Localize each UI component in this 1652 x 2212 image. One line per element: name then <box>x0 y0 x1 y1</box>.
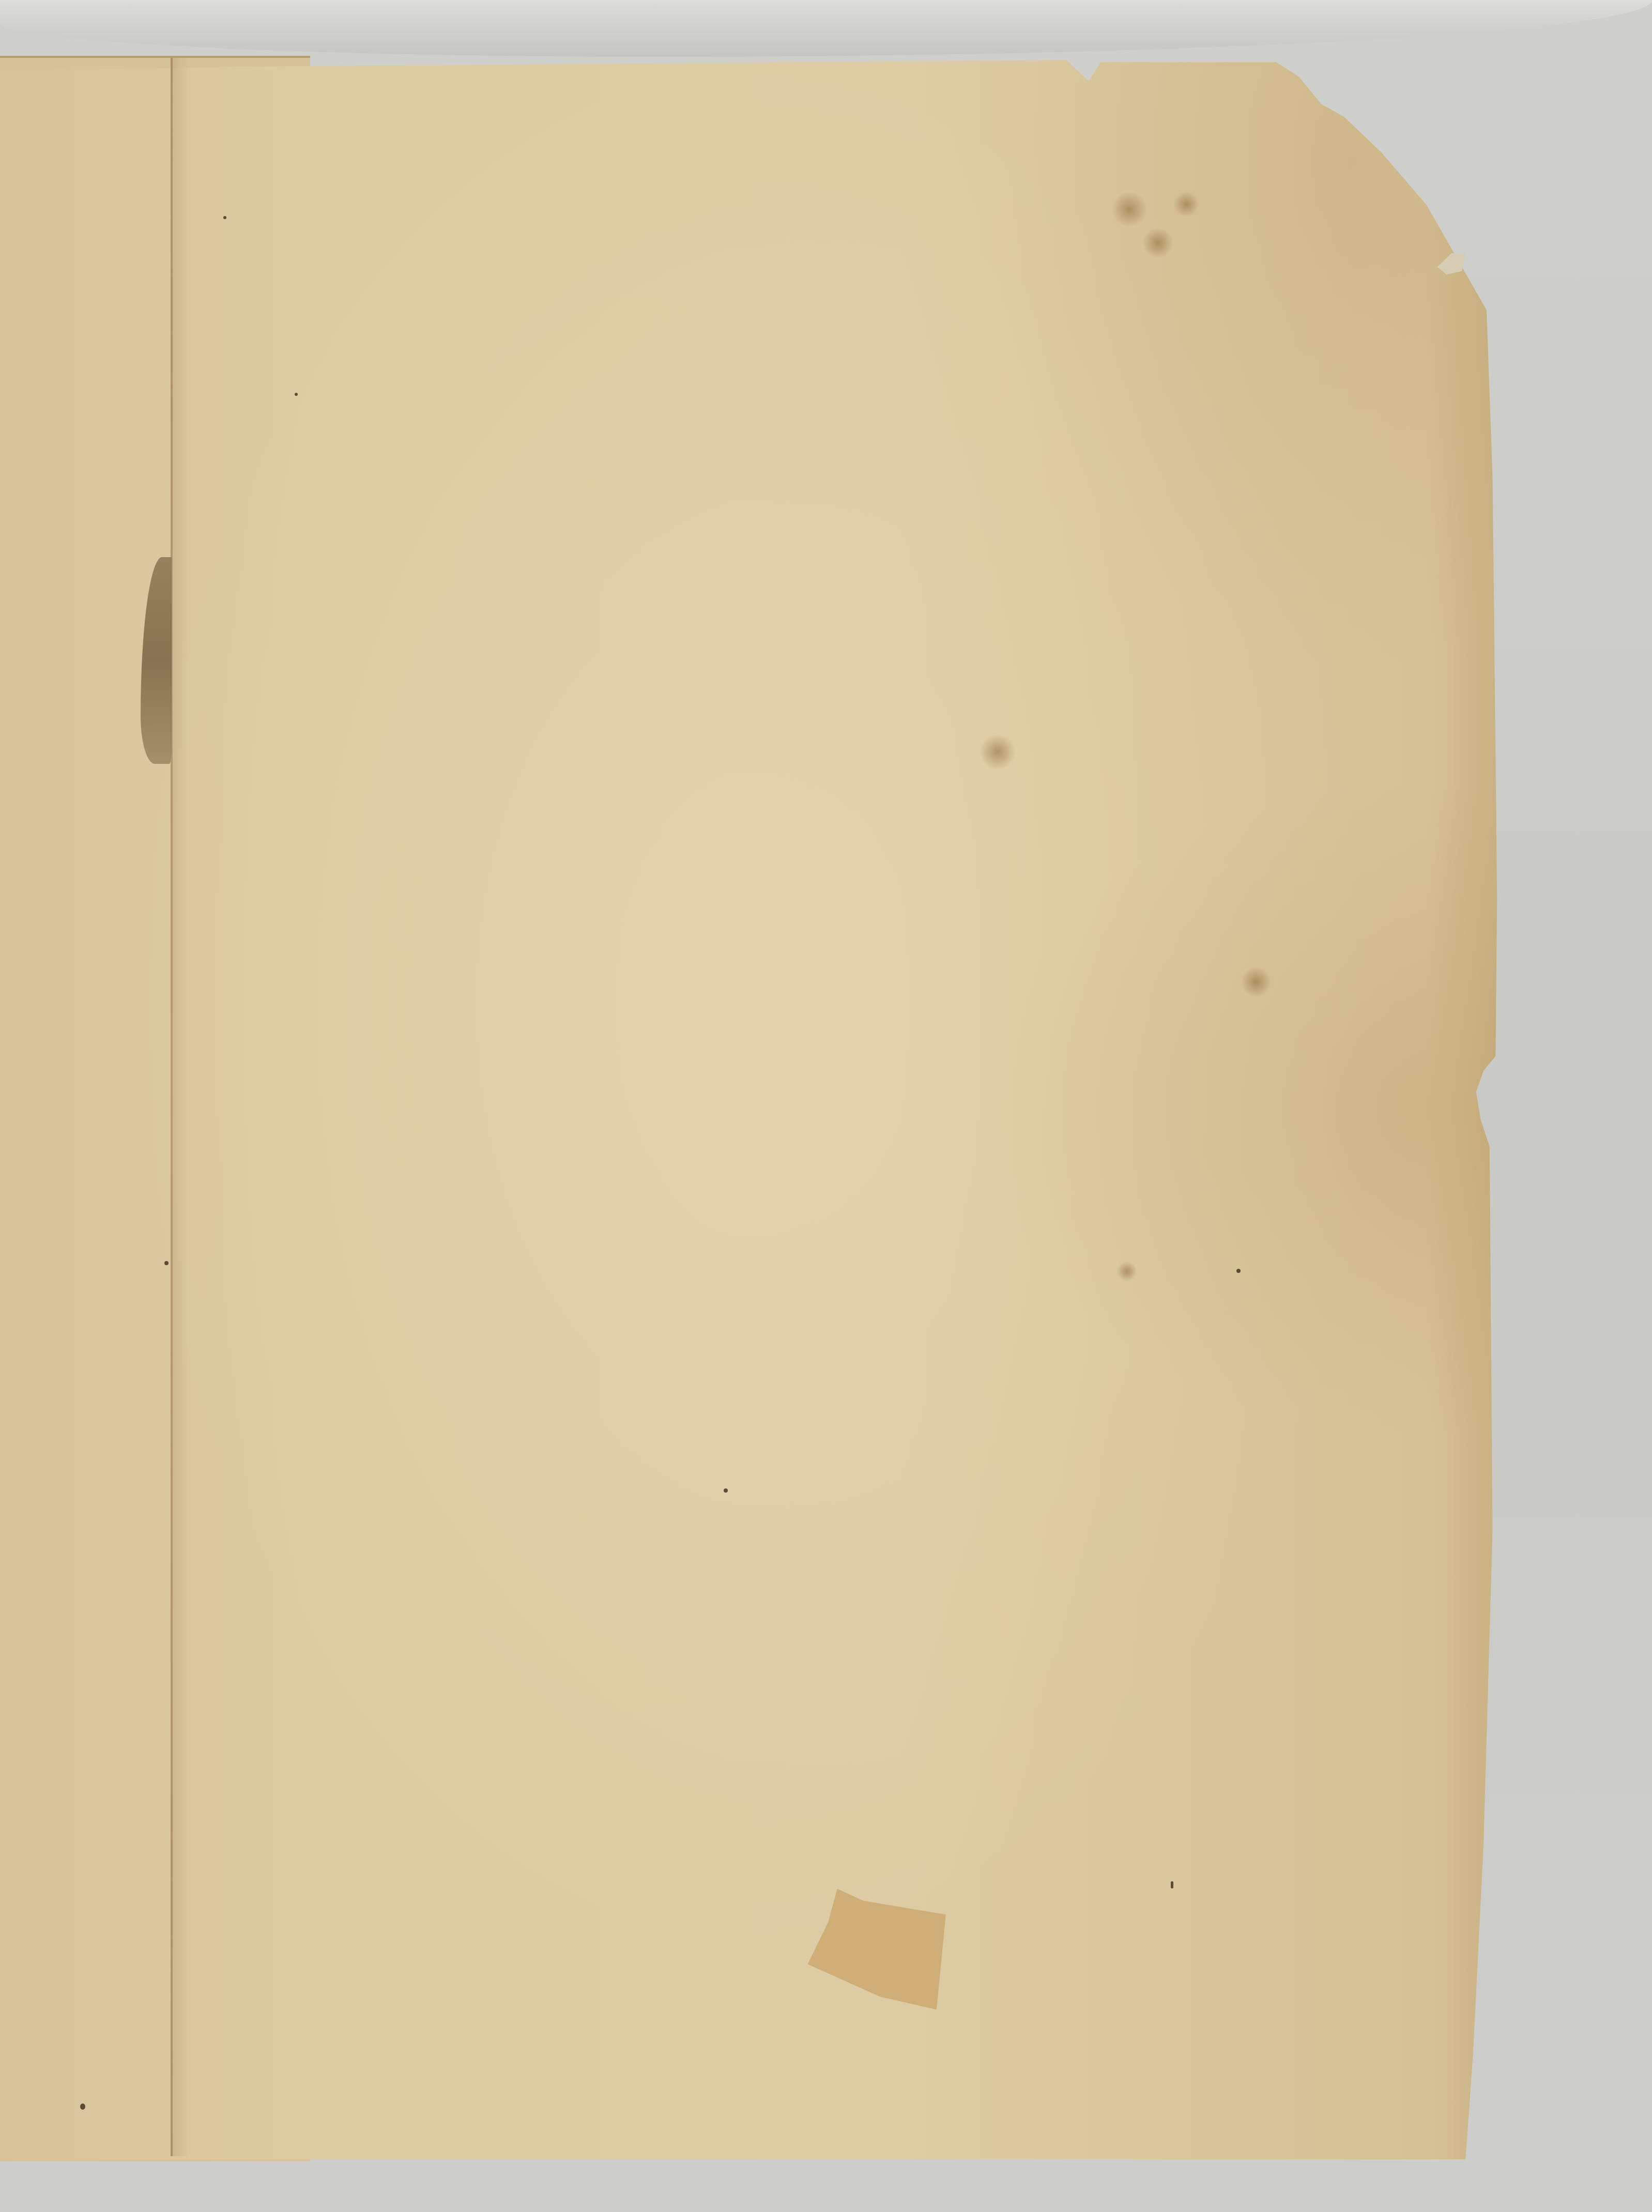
paper-speck <box>1236 1269 1241 1273</box>
paper-speck <box>295 393 298 396</box>
paper-speck <box>80 2103 85 2110</box>
gutter-fold-line <box>171 58 173 2156</box>
paper-sheet <box>0 58 1502 2159</box>
paper-speck <box>724 1488 728 1493</box>
foxing-spot <box>1241 966 1272 997</box>
paper-speck <box>223 216 226 219</box>
foxing-spot <box>1111 191 1148 227</box>
foxing-spot <box>1173 191 1199 217</box>
paper-speck <box>164 1261 169 1265</box>
foxing-spot <box>1116 1261 1137 1282</box>
foxing-spot <box>1142 227 1173 258</box>
paper-speck <box>1171 1881 1173 1888</box>
foxing-spot <box>980 734 1016 770</box>
gutter-shadow <box>173 58 188 2156</box>
